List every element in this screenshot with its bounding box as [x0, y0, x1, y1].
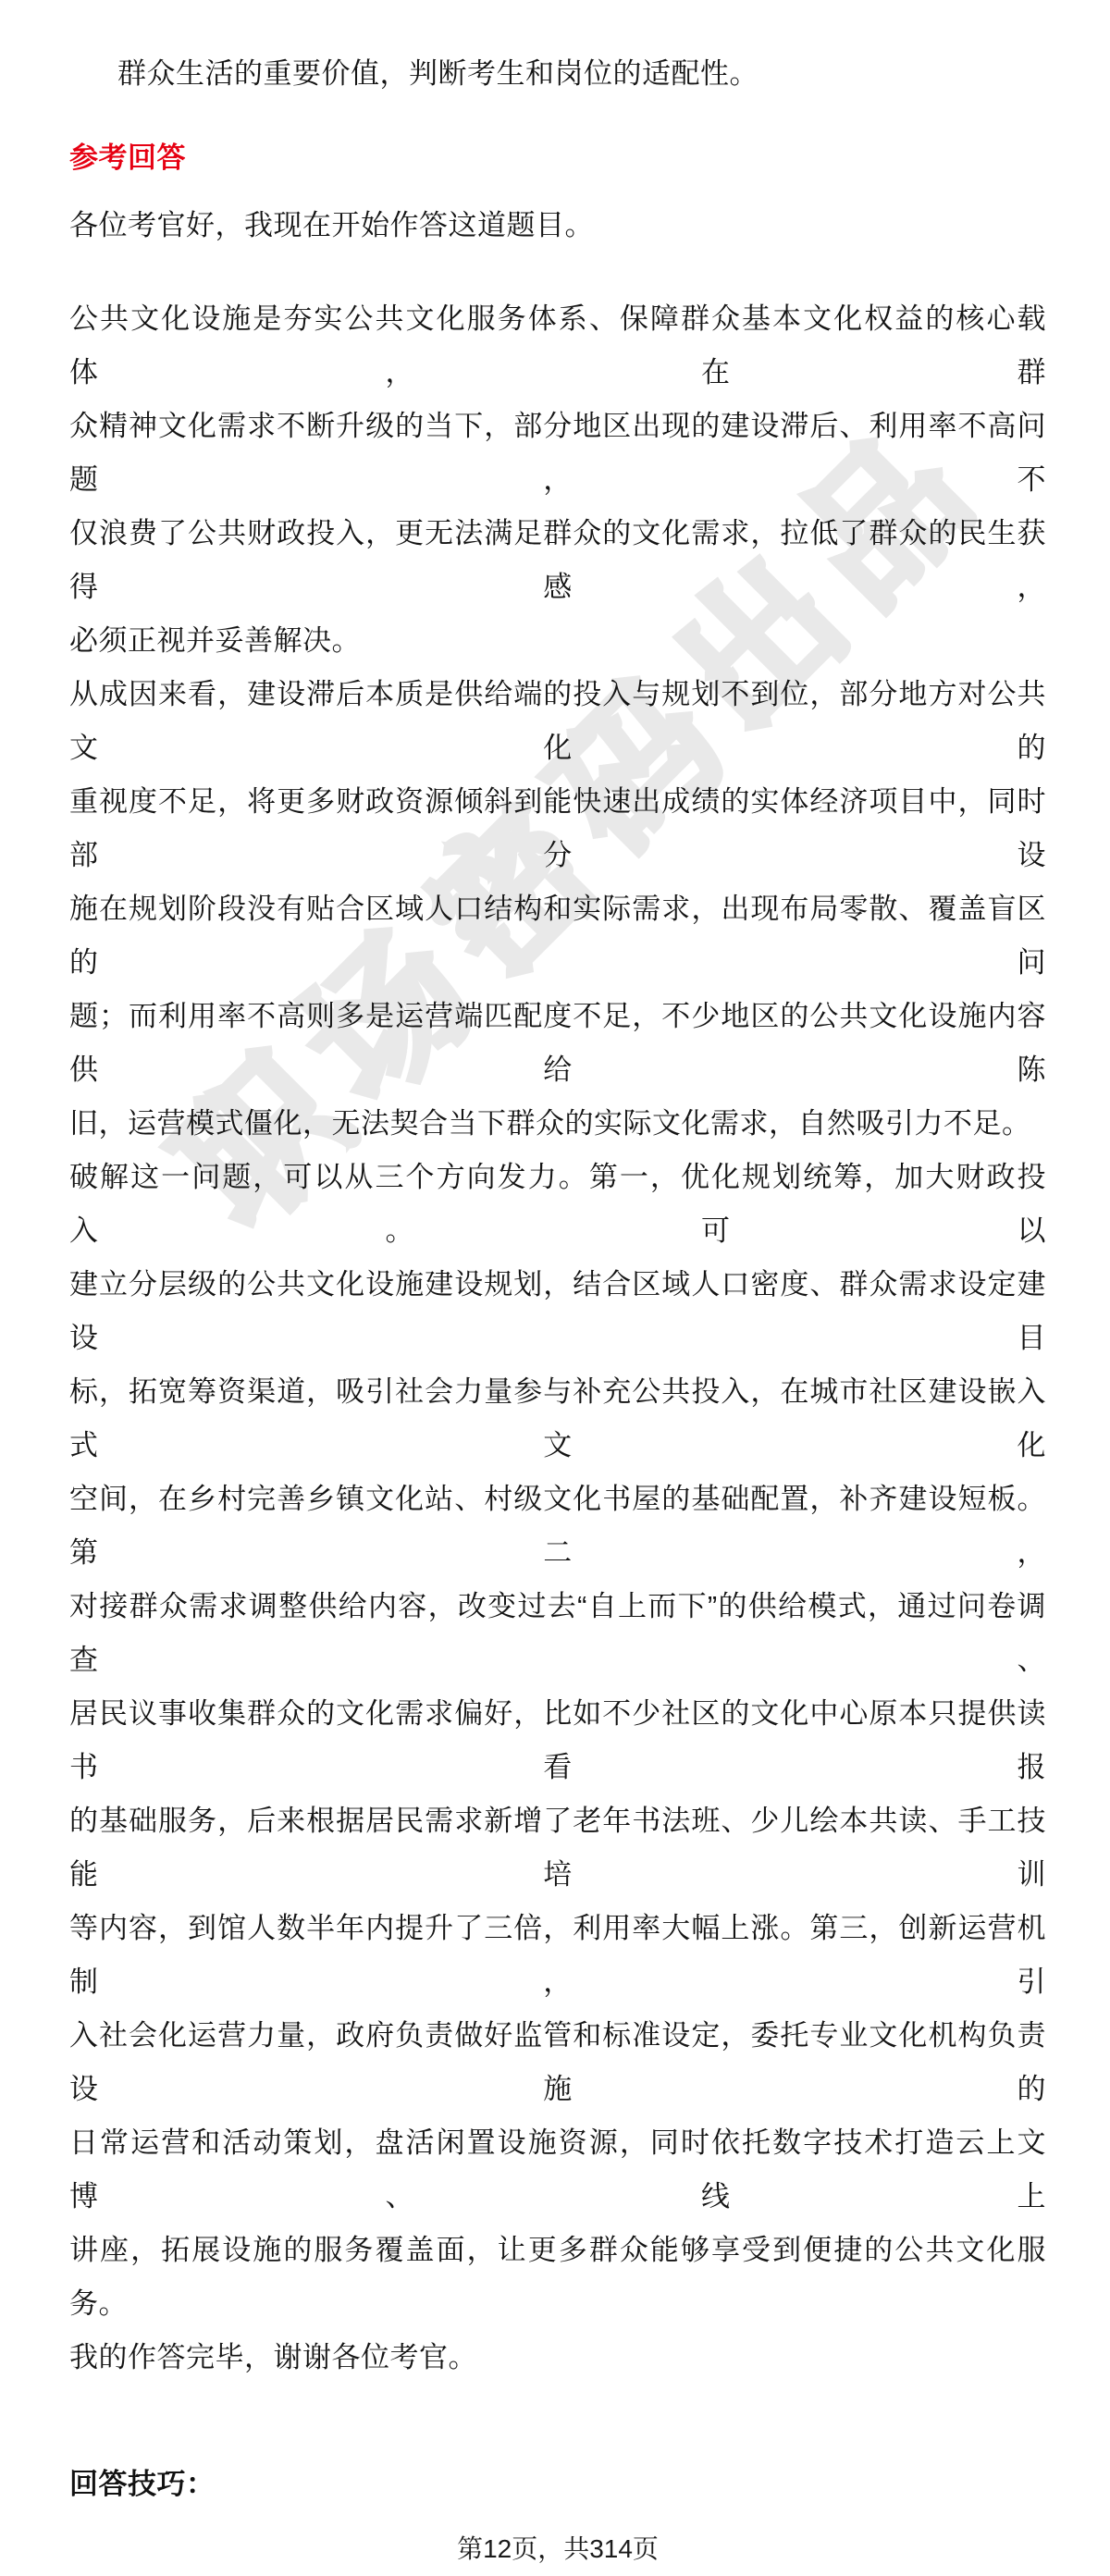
- body-line: 日常运营和活动策划，盘活闲置设施资源，同时依托数字技术打造云上文博、线上: [69, 2116, 1046, 2224]
- body-line: 对接群众需求调整供给内容，改变过去“自上而下”的供给模式，通过问卷调查、: [69, 1580, 1046, 1687]
- body-line: 空间，在乡村完善乡镇文化站、村级文化书屋的基础配置，补齐建设短板。第二，: [69, 1473, 1046, 1580]
- body-line: 题；而利用率不高则多是运营端匹配度不足，不少地区的公共文化设施内容供给陈: [69, 990, 1046, 1097]
- body-line: 居民议事收集群众的文化需求偏好，比如不少社区的文化中心原本只提供读书看报: [69, 1687, 1046, 1794]
- body-line: 建立分层级的公共文化设施建设规划，结合区域人口密度、群众需求设定建设目: [69, 1258, 1046, 1365]
- body-line: 旧，运营模式僵化，无法契合当下群众的实际文化需求，自然吸引力不足。: [69, 1097, 1046, 1151]
- greeting-line: 各位考官好，我现在开始作答这道题目。: [69, 199, 1046, 253]
- body-line: 从成因来看，建设滞后本质是供给端的投入与规划不到位，部分地方对公共文化的: [69, 668, 1046, 775]
- body-line: 我的作答完毕，谢谢各位考官。: [69, 2331, 1046, 2385]
- section-heading-answer-tips: 回答技巧：: [69, 2458, 1046, 2511]
- body-line: 讲座，拓展设施的服务覆盖面，让更多群众能够享受到便捷的公共文化服务。: [69, 2224, 1046, 2331]
- body-line: 标，拓宽筹资渠道，吸引社会力量参与补充公共投入，在城市社区建设嵌入式文化: [69, 1365, 1046, 1473]
- page-number-footer: 第12页，共314页: [69, 2522, 1046, 2576]
- page-content: 群众生活的重要价值，判断考生和岗位的适配性。 参考回答 各位考官好，我现在开始作…: [0, 47, 1110, 2576]
- body-line: 破解这一问题，可以从三个方向发力。第一，优化规划统筹，加大财政投入。可以: [69, 1151, 1046, 1258]
- body-line: 等内容，到馆人数半年内提升了三倍，利用率大幅上涨。第三，创新运营机制，引: [69, 1902, 1046, 2009]
- body-line: 公共文化设施是夯实公共文化服务体系、保障群众基本文化权益的核心载体，在群: [69, 292, 1046, 400]
- body-line: 众精神文化需求不断升级的当下，部分地区出现的建设滞后、利用率不高问题，不: [69, 400, 1046, 507]
- body-line: 仅浪费了公共财政投入，更无法满足群众的文化需求，拉低了群众的民生获得感，: [69, 507, 1046, 614]
- continuation-line: 群众生活的重要价值，判断考生和岗位的适配性。: [69, 47, 1046, 101]
- body-line: 入社会化运营力量，政府负责做好监管和标准设定，委托专业文化机构负责设施的: [69, 2009, 1046, 2116]
- body-line: 的基础服务，后来根据居民需求新增了老年书法班、少儿绘本共读、手工技能培训: [69, 1794, 1046, 1902]
- body-line: 重视度不足，将更多财政资源倾斜到能快速出成绩的实体经济项目中，同时部分设: [69, 775, 1046, 882]
- body-line: 必须正视并妥善解决。: [69, 614, 1046, 668]
- section-heading-reference-answer: 参考回答: [69, 131, 1046, 185]
- body-line: 施在规划阶段没有贴合区域人口结构和实际需求，出现布局零散、覆盖盲区的问: [69, 882, 1046, 990]
- answer-body: 公共文化设施是夯实公共文化服务体系、保障群众基本文化权益的核心载体，在群 众精神…: [69, 292, 1046, 2385]
- document-page: 职场密码出品 群众生活的重要价值，判断考生和岗位的适配性。 参考回答 各位考官好…: [0, 0, 1110, 2576]
